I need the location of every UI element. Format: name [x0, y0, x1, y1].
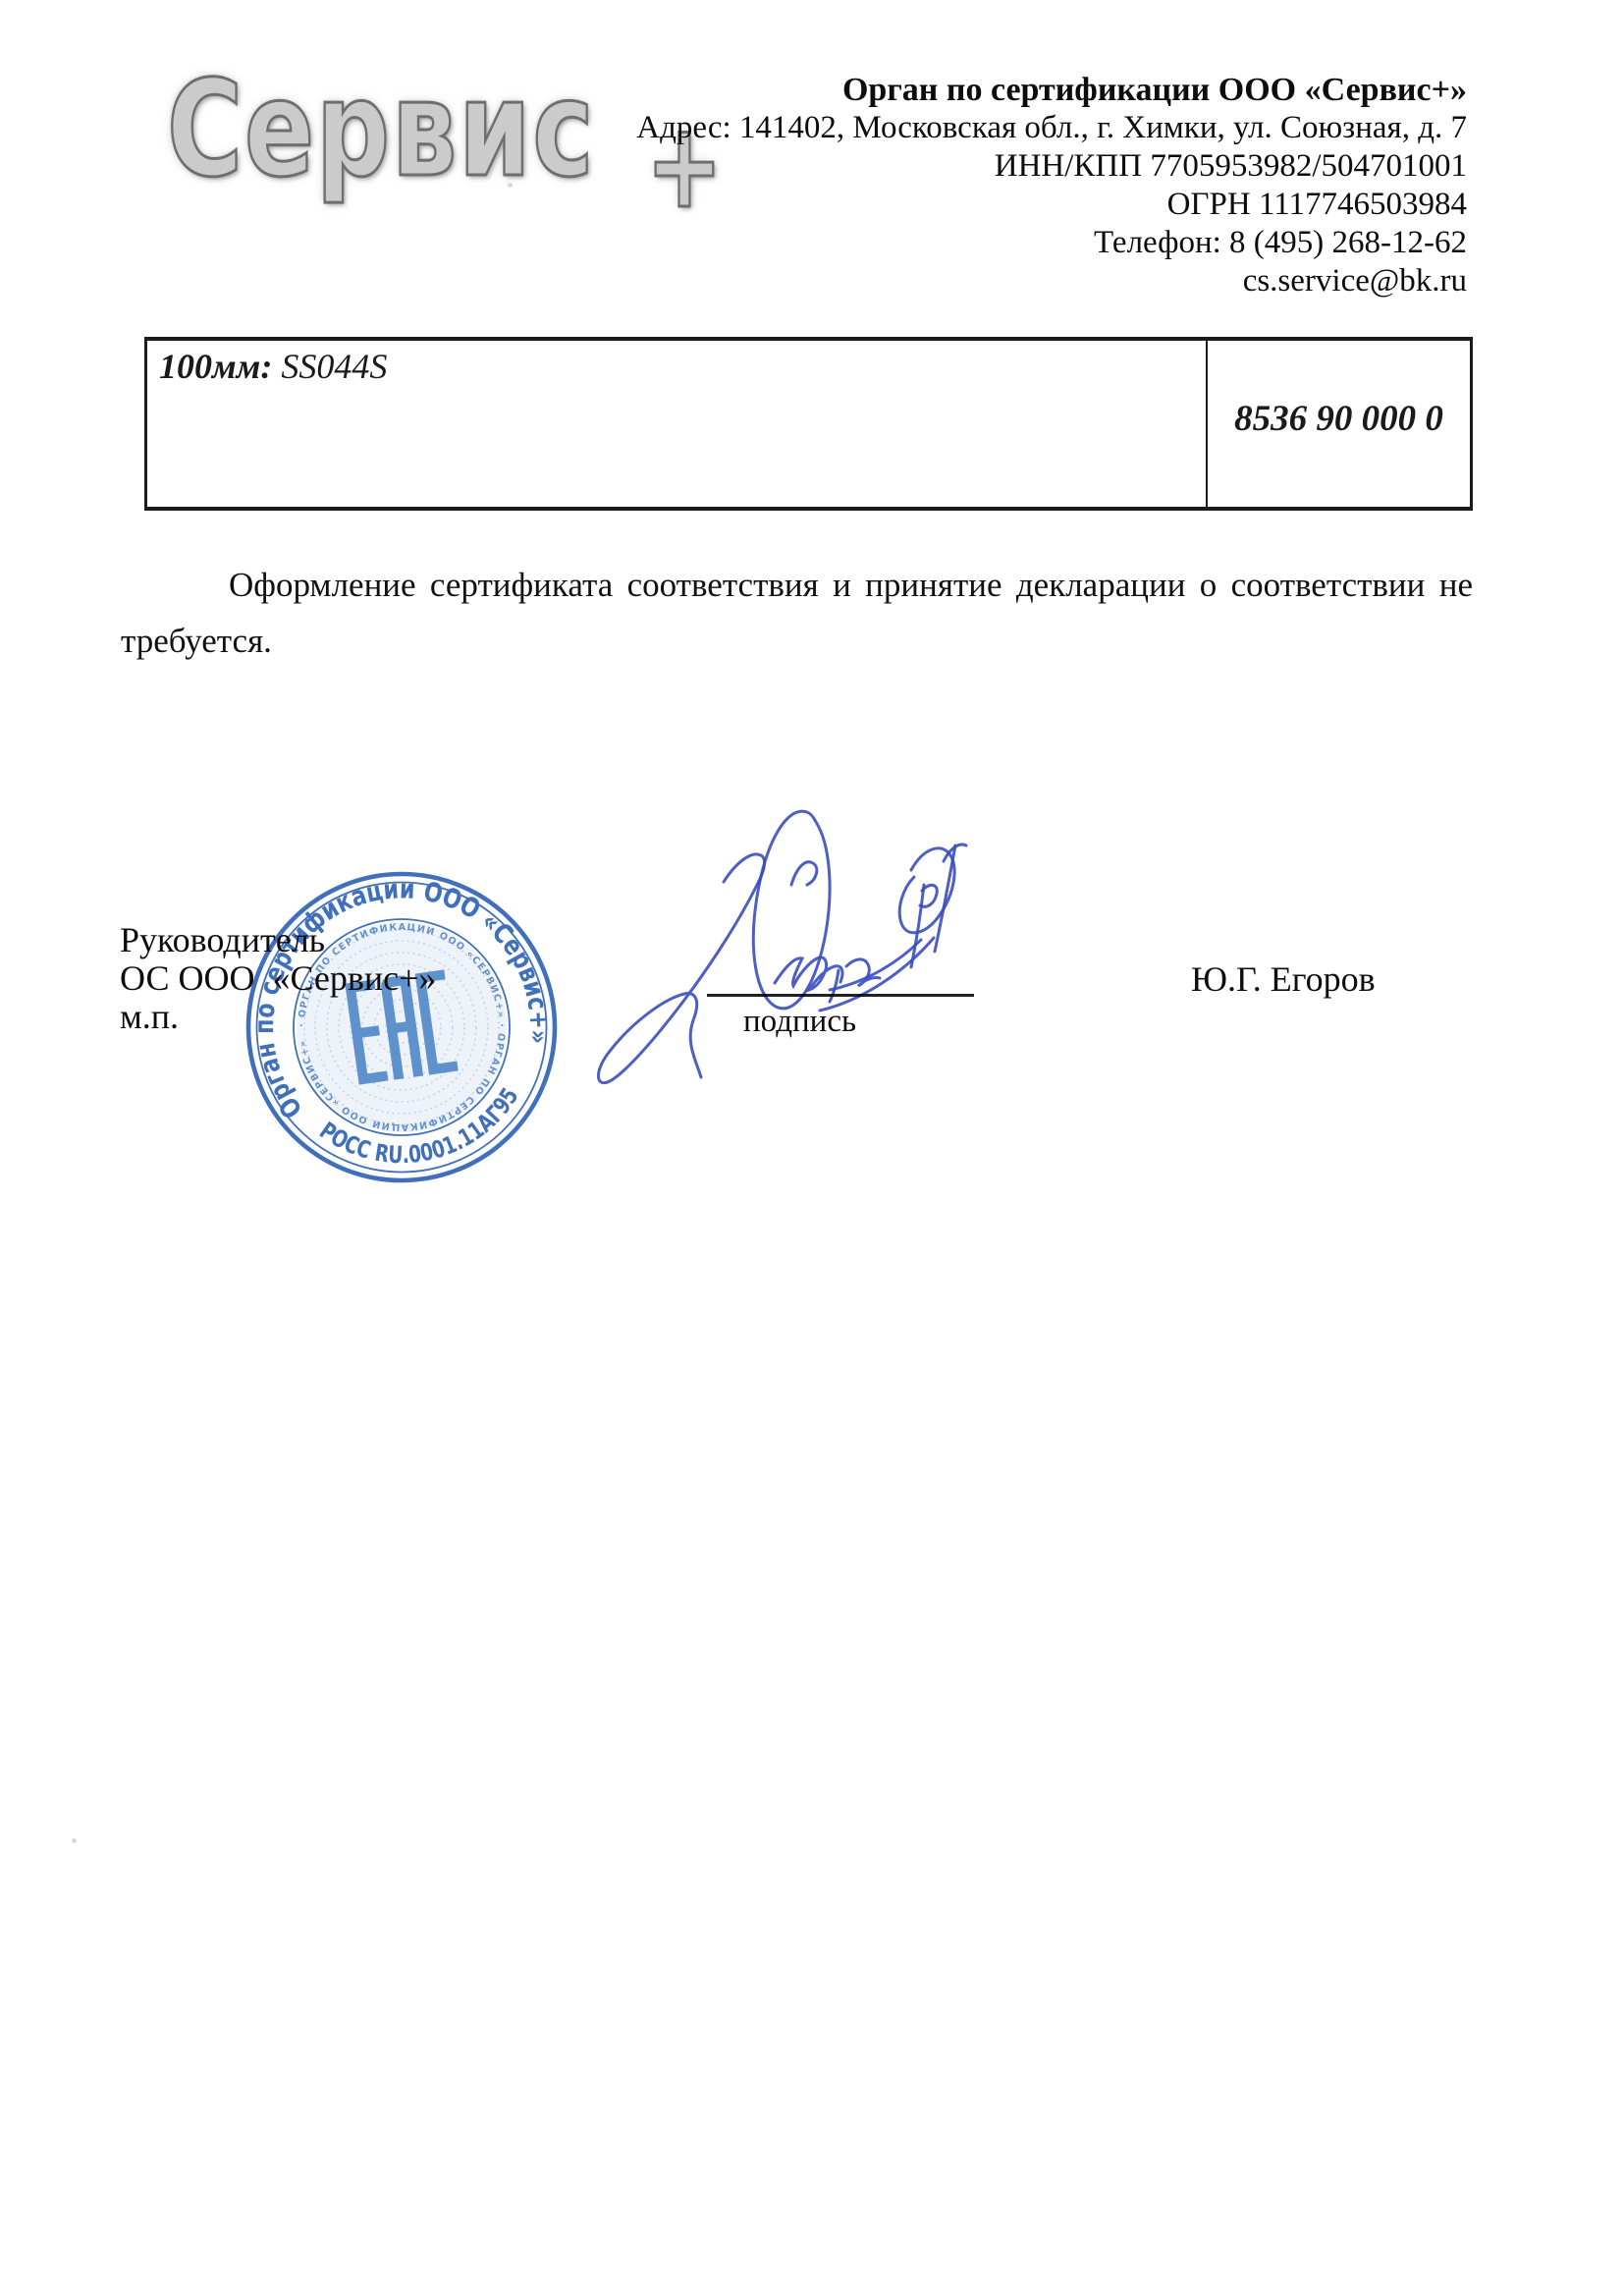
org-phone: Телефон: 8 (495) 268-12-62 [636, 224, 1467, 262]
org-inn-kpp: ИНН/КПП 7705953982/504701001 [636, 147, 1467, 186]
scan-speck [508, 183, 513, 188]
document-page: Сервис + Орган по сертификации ООО «Серв… [0, 0, 1624, 2296]
signer-title-line1: Руководитель [120, 920, 325, 959]
signer-name: Ю.Г. Егоров [1191, 958, 1376, 1000]
product-size-label: 100мм: [159, 347, 272, 386]
handwritten-signature [545, 781, 1006, 1115]
table-cell-code: 8536 90 000 0 [1208, 341, 1470, 507]
org-address: Адрес: 141402, Московская обл., г. Химки… [636, 109, 1467, 147]
letterhead: Орган по сертификации ООО «Сервис+» Адре… [636, 71, 1467, 301]
org-name: Орган по сертификации ООО «Сервис+» [636, 71, 1467, 109]
scan-speck [72, 1838, 77, 1843]
stamp-place-note: м.п. [120, 997, 179, 1036]
body-paragraph: Оформление сертификата соответствия и пр… [121, 557, 1473, 669]
org-ogrn: ОГРН 1117746503984 [636, 186, 1467, 224]
body-line-2: требуется. [121, 613, 1473, 669]
org-email: cs.service@bk.ru [636, 262, 1467, 301]
product-table: 100мм: SS044S 8536 90 000 0 [144, 337, 1473, 511]
signature-title-block: Руководитель ОС ООО «Сервис+» м.п. [120, 921, 436, 1036]
signer-title-line2: ОС ООО «Сервис+» [120, 958, 436, 998]
product-size-value: SS044S [281, 347, 387, 386]
body-line-1: Оформление сертификата соответствия и пр… [121, 557, 1473, 613]
tnved-code: 8536 90 000 0 [1234, 398, 1443, 440]
logo-text: Сервис [167, 63, 595, 195]
table-cell-product: 100мм: SS044S [147, 341, 1229, 507]
